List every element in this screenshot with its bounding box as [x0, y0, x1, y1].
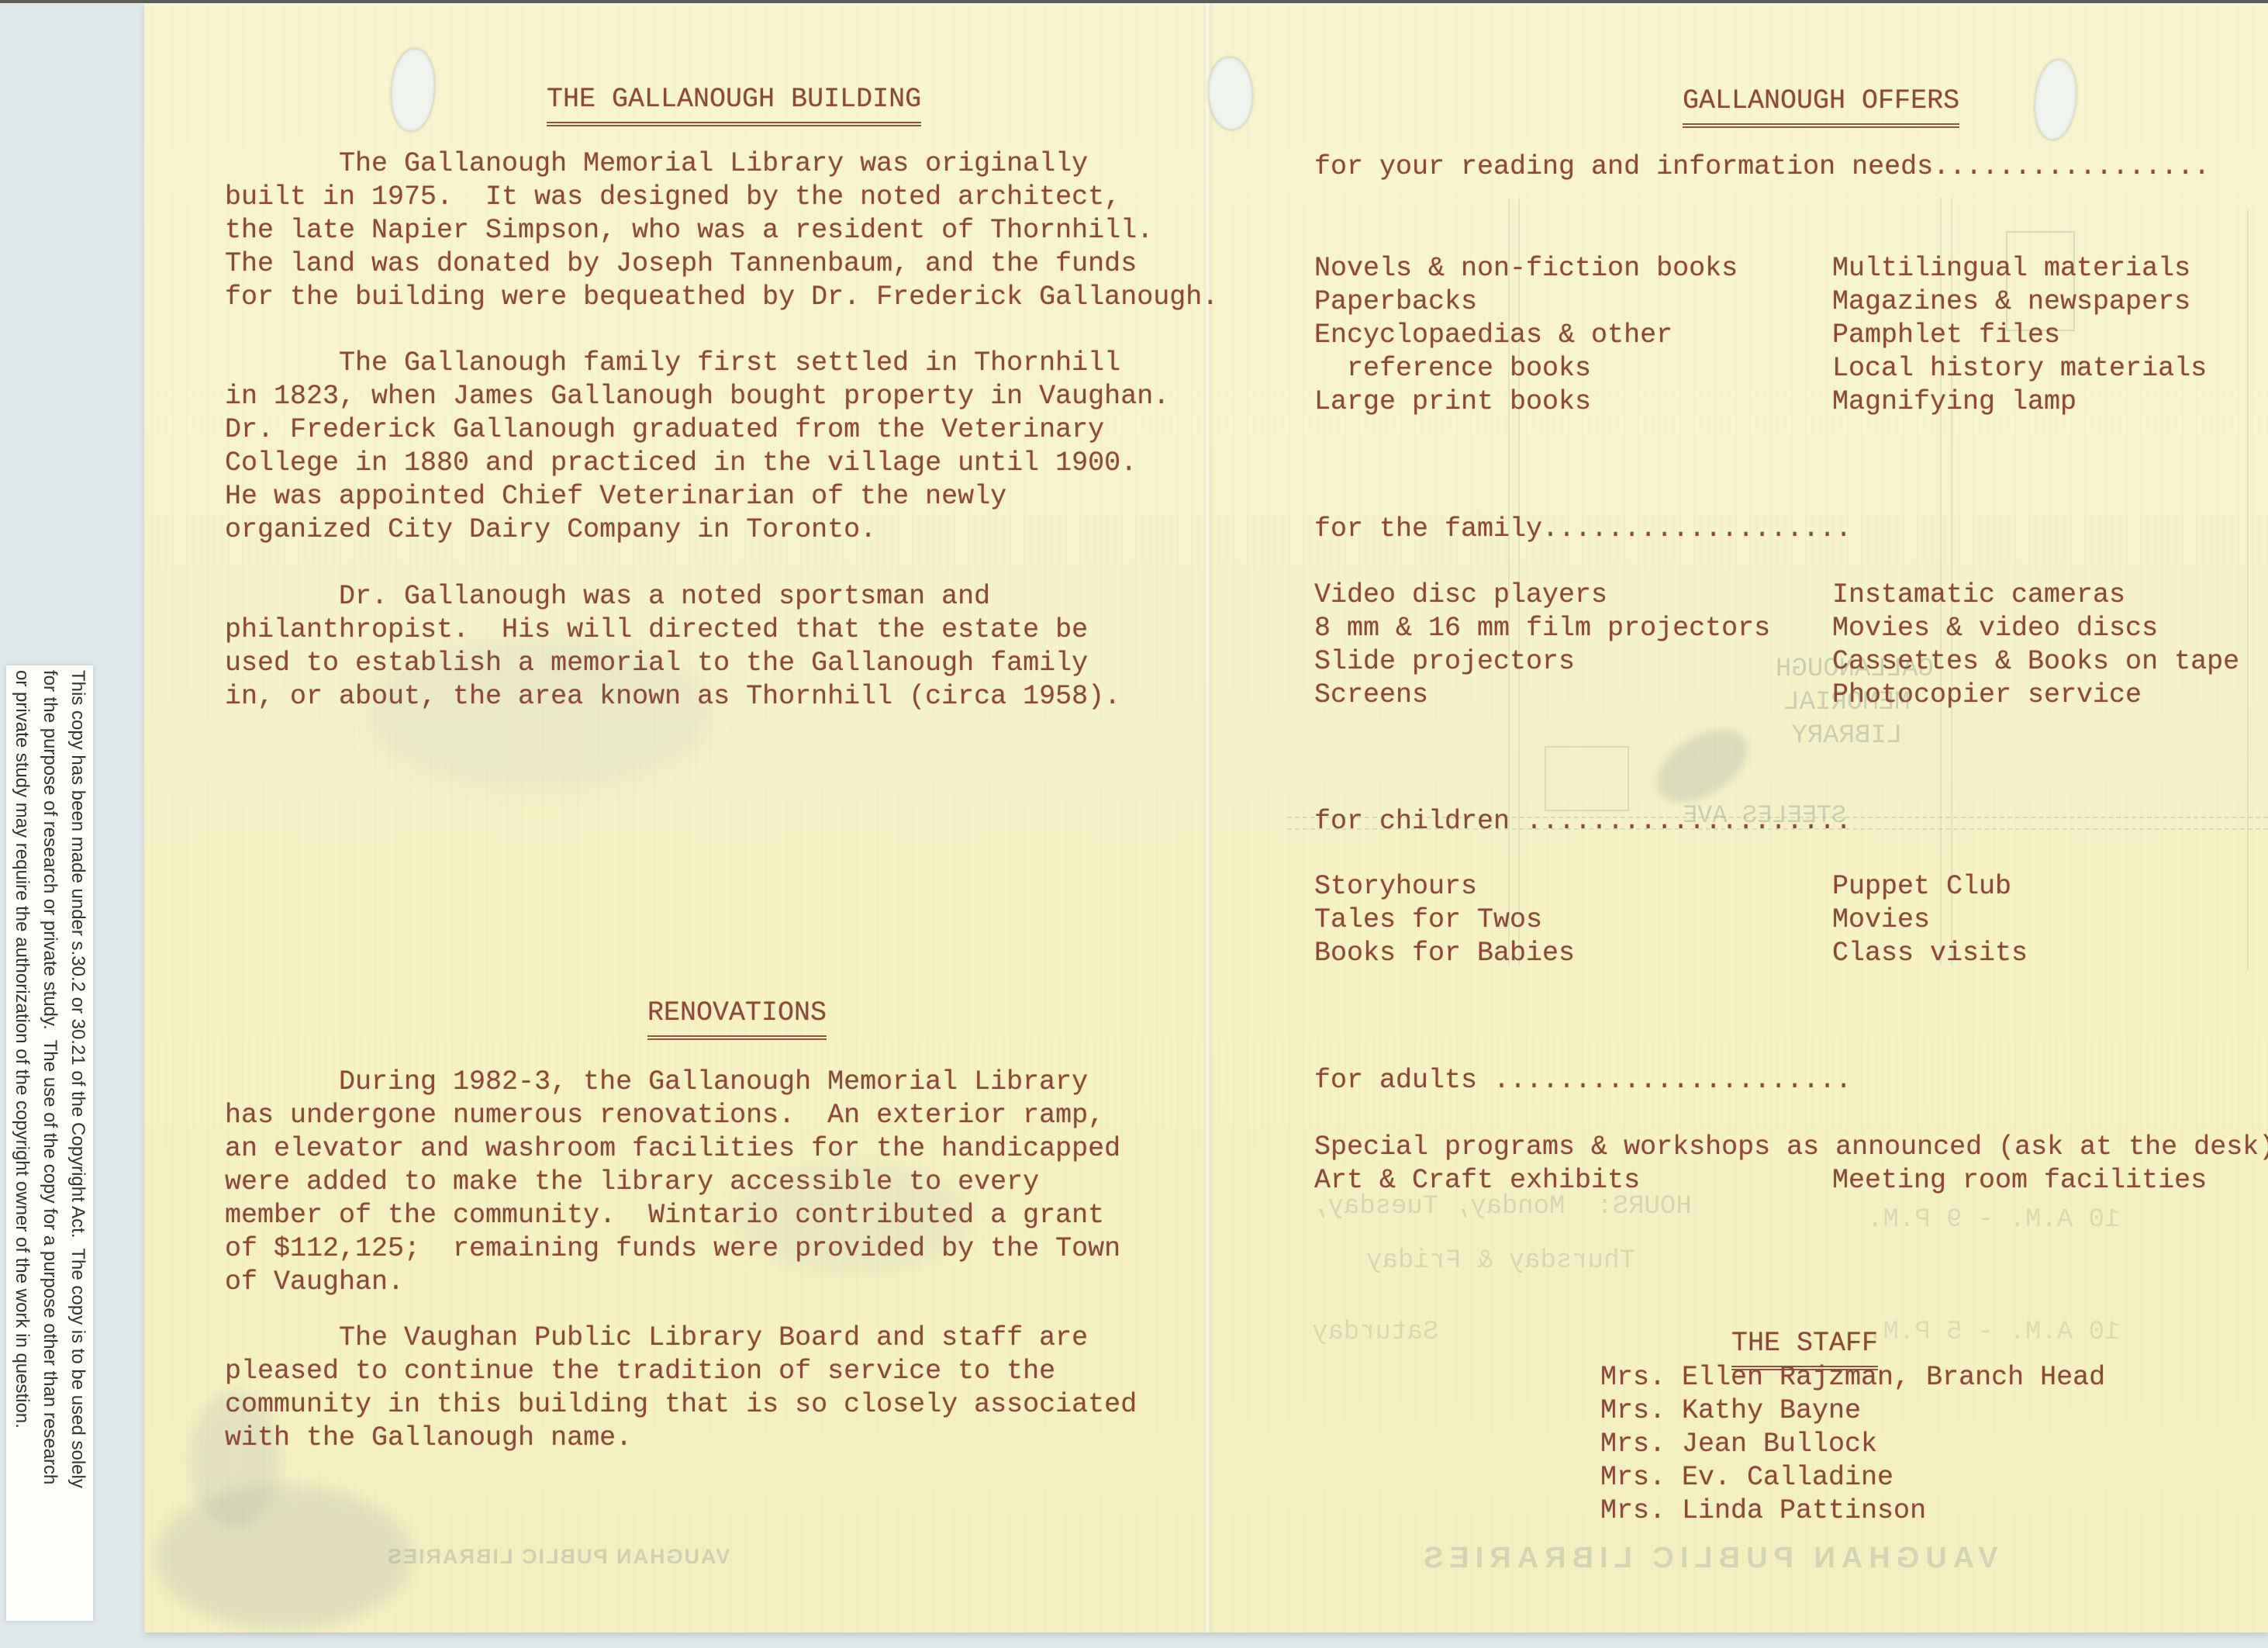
right-page-title: GALLANOUGH OFFERS: [1617, 51, 1959, 161]
section-reading-column-right: Multilingual materials Magazines & newsp…: [1832, 252, 2207, 419]
section-adults-full-line: Special programs & workshops as announce…: [1314, 1131, 2268, 1164]
section-children-column-left: Storyhours Tales for Twos Books for Babi…: [1314, 870, 1575, 970]
ghost-crest-left: [155, 1485, 411, 1629]
ghost-hours-line2: Thursday & Friday: [1366, 1245, 1635, 1278]
section-reading-heading: for your reading and information needs..…: [1314, 150, 2210, 184]
section-reading-column-left: Novels & non-fiction books Paperbacks En…: [1314, 252, 1738, 419]
section-family-heading: for the family...................: [1314, 513, 1852, 546]
renovations-title: RENOVATIONS: [582, 963, 827, 1073]
left-paragraph-3: Dr. Gallanough was a noted sportsman and…: [225, 580, 1120, 713]
section-family-column-right: Instamatic cameras Movies & video discs …: [1832, 579, 2239, 712]
left-paragraph-4: During 1982-3, the Gallanough Memorial L…: [225, 1066, 1120, 1299]
scan-top-edge: [0, 0, 2268, 3]
right-page-title-text: GALLANOUGH OFFERS: [1683, 85, 1959, 128]
scanned-brochure: GALLANOUGH MEMORIAL LIBRARY STEELES AVE …: [0, 0, 2268, 1648]
copyright-stamp-text: This copy has been made under s.30.2 or …: [8, 670, 91, 1616]
ghost-vpl-title-right: VAUGHAN PUBLIC LIBRARIES: [1417, 1542, 1998, 1575]
renovations-title-text: RENOVATIONS: [647, 997, 827, 1040]
ghost-hours-time1: 10 A.M. - 9 P.M.: [1867, 1204, 2120, 1237]
section-children-column-right: Puppet Club Movies Class visits: [1832, 870, 2028, 970]
left-page-title-text: THE GALLANOUGH BUILDING: [547, 83, 921, 126]
section-children-heading: for children ....................: [1314, 805, 1852, 838]
left-paragraph-5: The Vaughan Public Library Board and sta…: [225, 1322, 1137, 1455]
left-paragraph-1: The Gallanough Memorial Library was orig…: [225, 147, 1218, 314]
ghost-vpl-title-left: VAUGHAN PUBLIC LIBRARIES: [386, 1540, 730, 1574]
section-adults-column-left: Art & Craft exhibits: [1314, 1164, 1640, 1197]
section-adults-heading: for adults ......................: [1314, 1064, 1852, 1097]
ghost-building-box-a: [1545, 746, 1629, 811]
ghost-hours-line3: Saturday: [1312, 1316, 1438, 1349]
left-paragraph-2: The Gallanough family first settled in T…: [225, 347, 1169, 547]
section-adults-column-right: Meeting room facilities: [1832, 1164, 2207, 1197]
left-page-title: THE GALLANOUGH BUILDING: [482, 50, 921, 160]
ghost-road-vertical-3: [2247, 209, 2249, 969]
section-family-column-left: Video disc players 8 mm & 16 mm film pro…: [1314, 579, 1770, 712]
ghost-hours-time2: 10 A.M. - 5 P.M.: [1867, 1316, 2120, 1349]
staff-member-list: Mrs. Ellen Rajzman, Branch Head Mrs. Kat…: [1600, 1361, 2105, 1528]
